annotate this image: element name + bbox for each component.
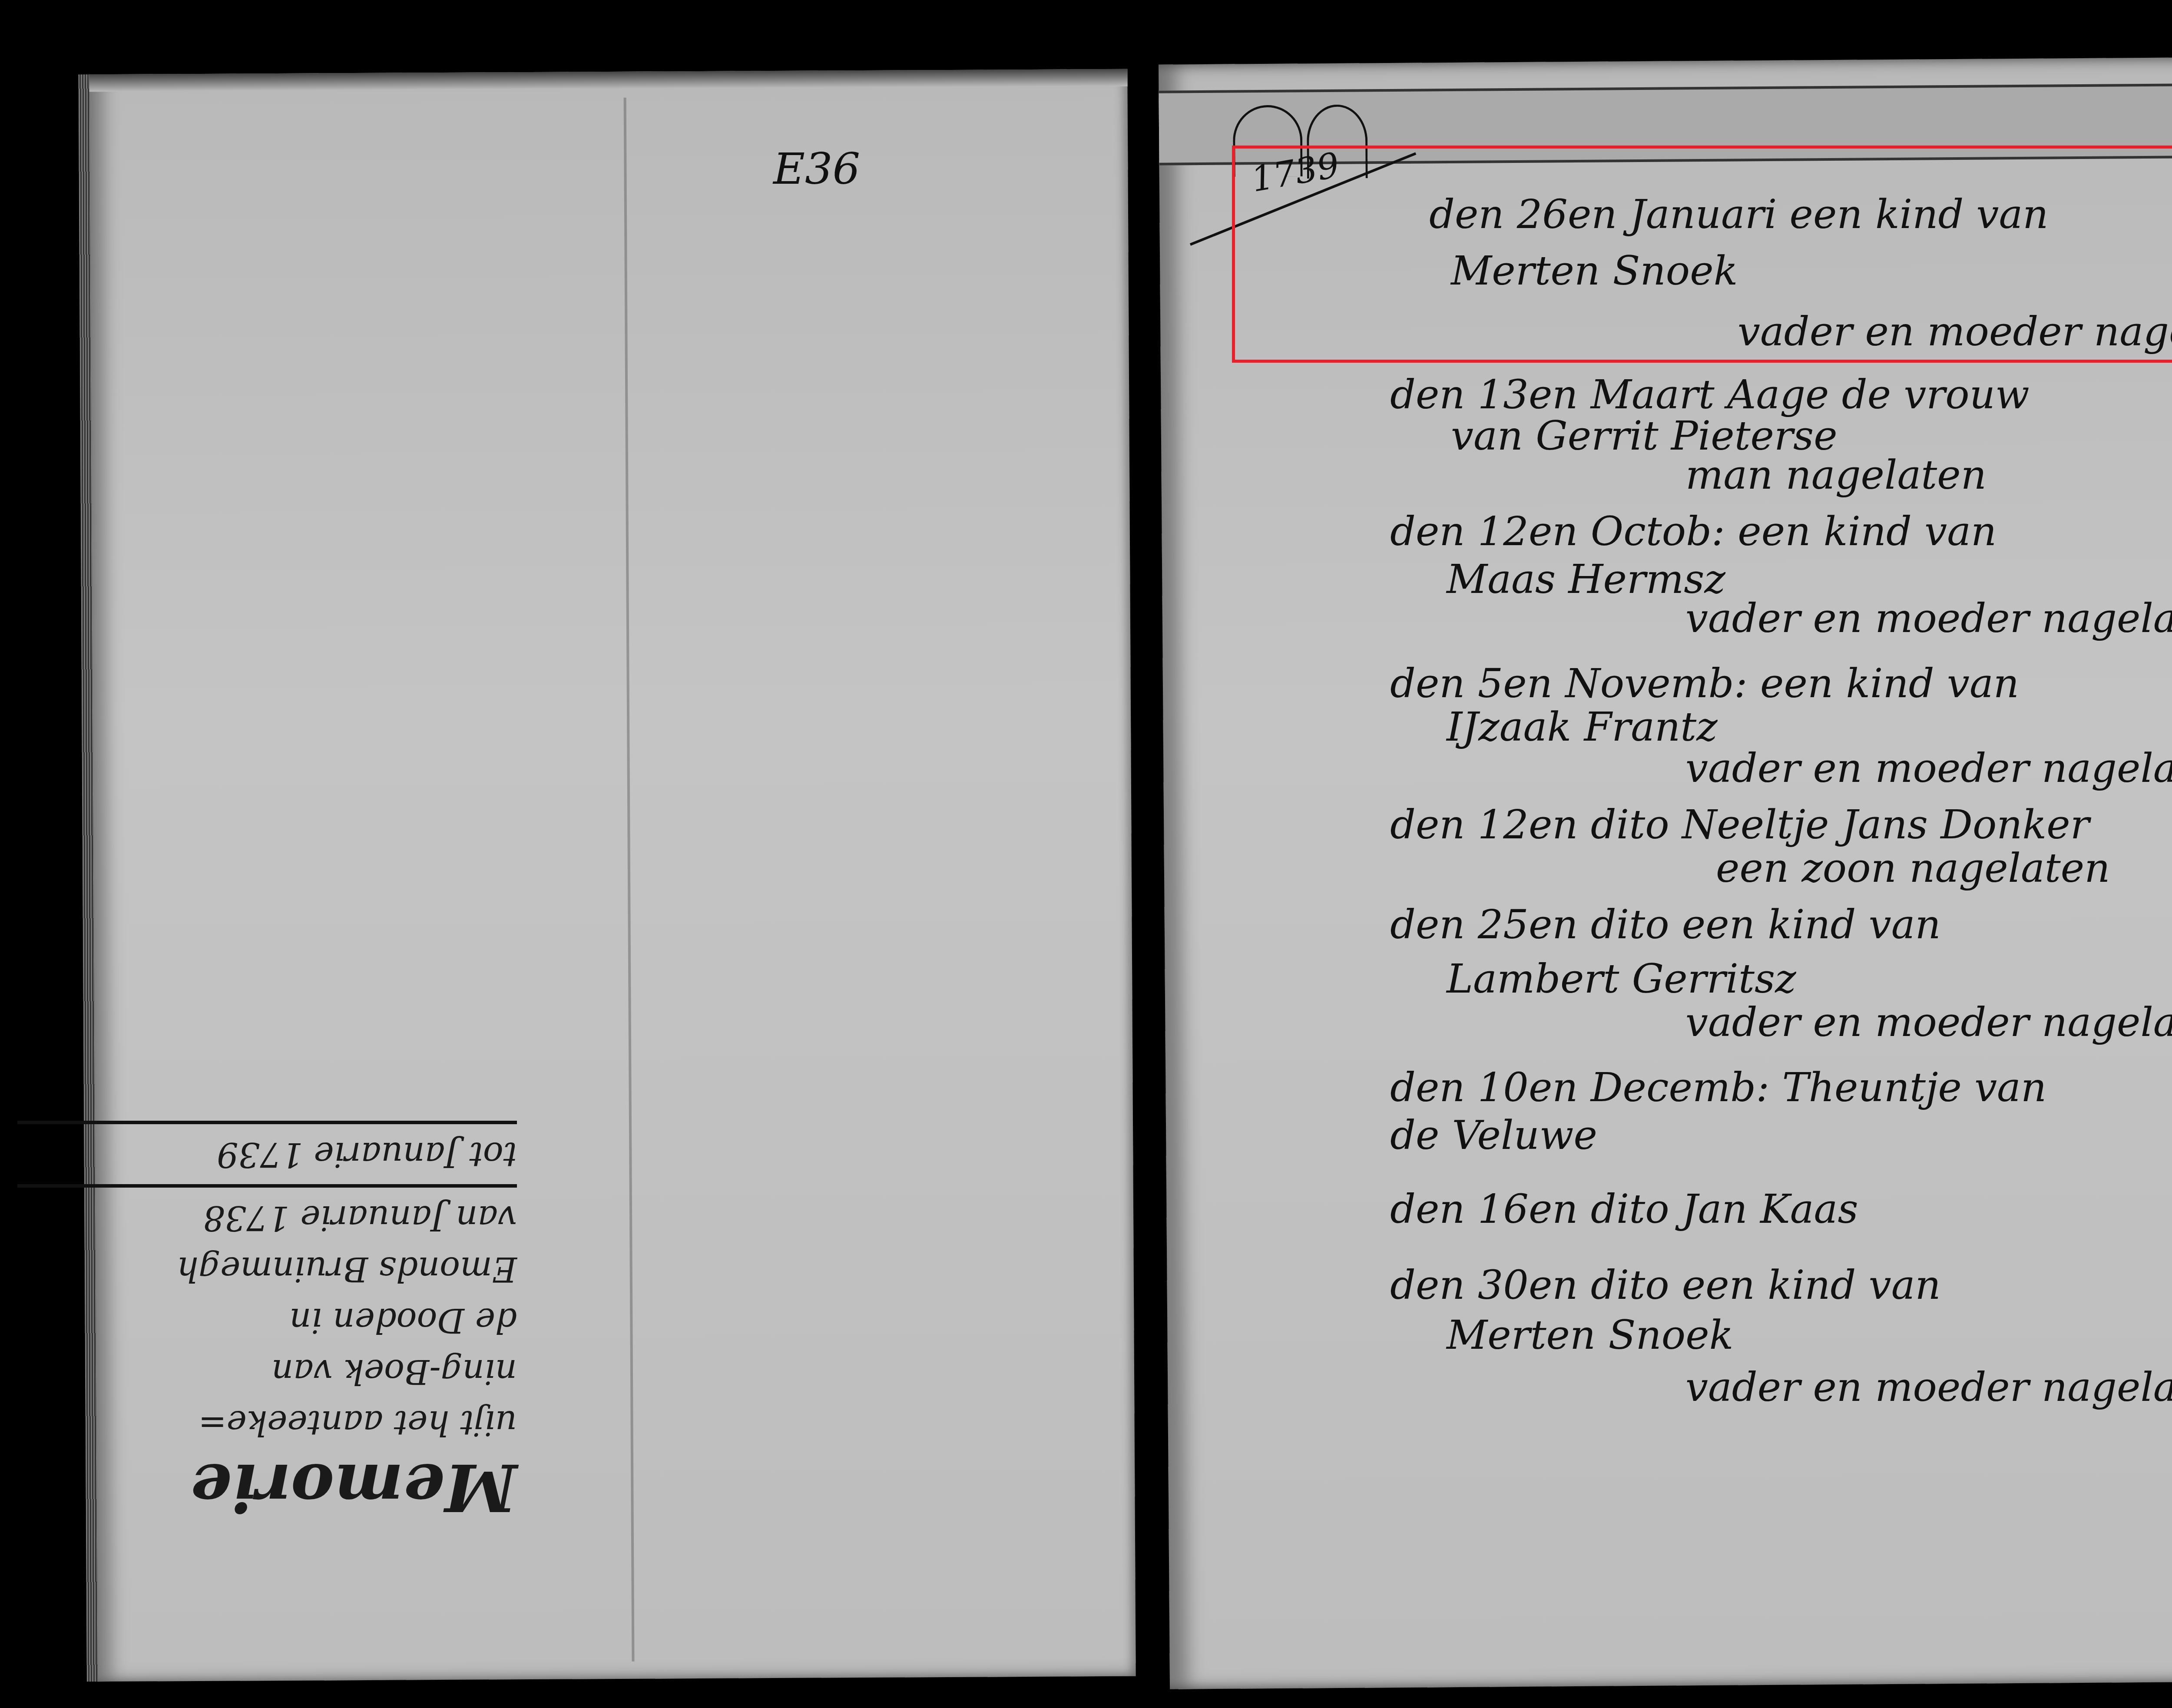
highlight-box (1232, 146, 2172, 363)
entry-3-line-3: vader en moeder nagelaten (1685, 595, 2172, 642)
entry-9-line-2: Merten Snoek (1447, 1312, 1733, 1358)
entry-8-line-1: den 16en dito Jan Kaas (1390, 1186, 1858, 1232)
memorandum-line: van Januarie 1738 (17, 1192, 517, 1243)
entry-6-line-2: Lambert Gerritsz (1447, 956, 1796, 1002)
memorandum-line: uijt het aanteeke= (17, 1397, 517, 1448)
folio-label: E36 (773, 143, 860, 194)
memorandum-line: ning-Boek van (17, 1346, 517, 1397)
upside-down-memorandum: Memorie uijt het aanteeke= ning-Boek van… (17, 1116, 517, 1526)
memorandum-title: Memorie (17, 1448, 517, 1526)
divider-rule (17, 1121, 517, 1124)
page-fold-line (624, 98, 635, 1662)
memorandum-line: tot Januarie 1739 (17, 1129, 517, 1180)
entry-7-line-1: den 10en Decemb: Theuntje van (1390, 1064, 2046, 1111)
divider-rule (17, 1184, 517, 1188)
entry-4-line-3: vader en moeder nagelaten (1685, 745, 2172, 791)
entry-4-line-2: IJzaak Frantz (1447, 704, 1718, 750)
entry-2-line-3: man nagelaten (1685, 452, 1987, 498)
entry-2-line-1: den 13en Maart Aage de vrouw (1390, 371, 2030, 418)
entry-3-line-2: Maas Hermsz (1447, 556, 1725, 602)
entry-5-line-1: den 12en dito Neeltje Jans Donker (1390, 801, 2089, 848)
memorandum-line: Emonds Bruinmegh (17, 1243, 517, 1294)
entry-9-line-3: vader en moeder nagelaten (1685, 1364, 2172, 1410)
page-top-edge (89, 69, 1127, 92)
entry-9-line-1: den 30en dito een kind van (1390, 1262, 1941, 1308)
entry-6-line-3: vader en moeder nagelaten (1685, 999, 2172, 1046)
entry-4-line-1: den 5en Novemb: een kind van (1390, 660, 2019, 707)
entry-5-line-2: een zoon nagelaten (1716, 845, 2110, 891)
memorandum-line: de Dooden in (17, 1294, 517, 1346)
entry-6-line-1: den 25en dito een kind van (1390, 901, 1941, 948)
entry-7-line-2: de Veluwe (1390, 1112, 1597, 1159)
entry-3-line-1: den 12en Octob: een kind van (1390, 508, 1997, 555)
